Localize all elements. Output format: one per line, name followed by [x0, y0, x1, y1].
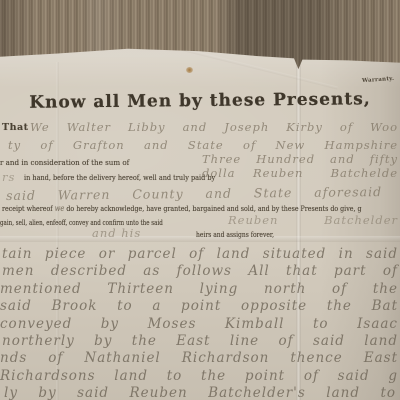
handwritten-county-line: said Warren County and State aforesaid — [6, 184, 382, 203]
printed-in-hand-line: in hand, before the delivery hereof, wel… — [24, 173, 215, 182]
stain-spot — [186, 67, 193, 73]
handwritten-parcel-line: tain piece or parcel of land situated in… — [2, 246, 398, 262]
handwritten-parcel-line: conveyed by Moses Kimball to Isaac — [0, 316, 398, 332]
printed-receipt-text-b: do hereby acknowledge, have granted, bar… — [66, 204, 361, 213]
deed-heading: Know all Men by these Presents, — [0, 89, 400, 113]
handwritten-payee: Reuben Batchelde — [253, 166, 398, 180]
printed-consideration-line: r and in consideration of the sum of — [0, 158, 129, 167]
photo-of-deed: Warranty. Know all Men by these Presents… — [0, 0, 400, 400]
handwritten-parcel-line: said Brook to a point opposite the Bat — [0, 298, 398, 314]
handwritten-and-his: and his — [92, 226, 141, 240]
handwritten-parcel-line: men described as follows All that part o… — [2, 263, 398, 279]
handwritten-parcel-line: ly by said Reuben Batchelder's land to — [4, 385, 396, 400]
printed-receipt-text-a: receipt whereof — [2, 204, 53, 213]
handwritten-parcel-line: mentioned Thirteen lying north of the — [0, 281, 398, 297]
handwritten-grantee: Reuben Batchelder — [228, 213, 398, 227]
printed-receipt-line: receipt whereof we do hereby acknowledge… — [2, 204, 362, 213]
handwritten-grantors-line-2: ty of Grafton and State of New Hampshire — [8, 138, 398, 152]
handwritten-parcel-line: nds of Nathaniel Richardson thence East — [0, 350, 398, 366]
handwritten-parcel-line: Richardsons land to the point of said g — [0, 368, 398, 384]
handwritten-sum-continued: rs — [2, 170, 15, 184]
handwritten-grantors-line-1: We Walter Libby and Joseph Kirby of Woo — [30, 120, 398, 134]
printed-that: That — [2, 122, 29, 133]
warranty-stamp: Warranty. — [362, 76, 395, 84]
printed-heirs-line: heirs and assigns forever, — [196, 230, 274, 239]
handwritten-we: we — [55, 204, 65, 213]
handwritten-parcel-line: northerly by the East line of said land — [2, 333, 398, 349]
